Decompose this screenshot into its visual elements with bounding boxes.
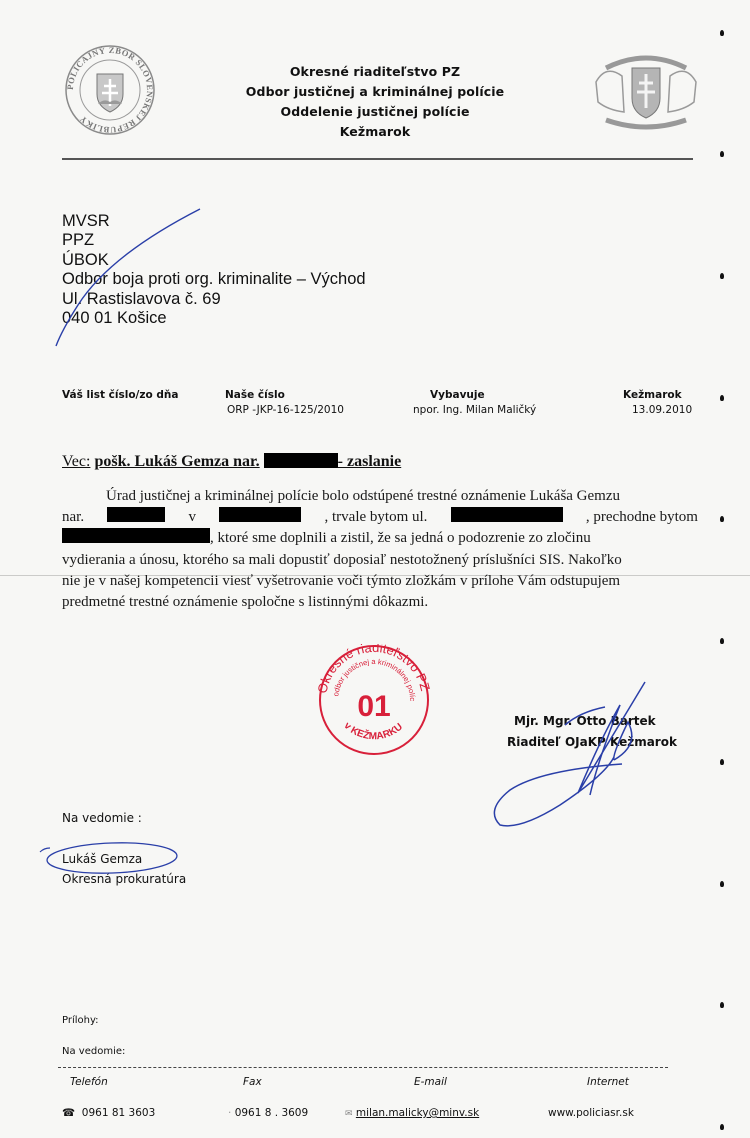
body-text: v bbox=[189, 507, 197, 528]
body-text: nar. bbox=[62, 507, 84, 528]
handled-by-label: Vybavuje bbox=[430, 389, 485, 401]
margin-mark bbox=[720, 30, 724, 36]
margin-mark bbox=[720, 516, 724, 522]
margin-mark bbox=[720, 881, 724, 887]
header-line-city: Kežmarok bbox=[0, 124, 750, 139]
place-label: Kežmarok bbox=[623, 389, 682, 401]
svg-text:v KEŽMARKU: v KEŽMARKU bbox=[342, 720, 405, 742]
signature-scribble-icon bbox=[494, 682, 645, 826]
redaction-box bbox=[107, 507, 165, 522]
subject-suffix: - zaslanie bbox=[338, 453, 402, 470]
copies-heading: Na vedomie : bbox=[62, 811, 142, 825]
subject-text: pošk. Lukáš Gemza nar. bbox=[94, 453, 259, 470]
redaction-box bbox=[219, 507, 301, 522]
subject-label: Vec: bbox=[62, 453, 90, 470]
fax-value: 0961 8 . 3609 bbox=[235, 1107, 308, 1119]
recipient-line: Odbor boja proti org. kriminalite – Vých… bbox=[62, 270, 366, 289]
our-number-value: ORP -JKP-16-125/2010 bbox=[227, 404, 344, 416]
subject-line: Vec: pošk. Lukáš Gemza nar. - zaslanie bbox=[62, 453, 401, 471]
copies-label-footer: Na vedomie: bbox=[62, 1046, 125, 1057]
our-number-label: Naše číslo bbox=[225, 389, 285, 401]
telephone-icon: ☎ bbox=[62, 1107, 75, 1119]
header-line-directorate: Okresné riaditeľstvo PZ bbox=[0, 64, 750, 79]
body-text: , ktoré sme doplnili a zistil, že sa jed… bbox=[210, 528, 591, 549]
recipient-line: MVSR bbox=[62, 212, 366, 231]
svg-text:01: 01 bbox=[357, 690, 390, 723]
signatory-name: Mjr. Mgr. Otto Bartek bbox=[514, 714, 656, 728]
redaction-box bbox=[264, 453, 338, 468]
margin-mark bbox=[720, 759, 724, 765]
margin-mark bbox=[720, 1002, 724, 1008]
internet-field: www.policiasr.sk bbox=[548, 1107, 634, 1119]
margin-mark bbox=[720, 395, 724, 401]
attachments-label: Prílohy: bbox=[62, 1015, 99, 1026]
fax-field: · 0961 8 . 3609 bbox=[228, 1107, 308, 1119]
email-label: E-mail bbox=[414, 1076, 447, 1088]
handled-by-value: npor. Ing. Milan Maličký bbox=[413, 404, 536, 416]
redaction-box bbox=[62, 528, 210, 543]
body-text: , prechodne bytom bbox=[586, 507, 698, 528]
email-link[interactable]: milan.malicky@minv.sk bbox=[356, 1107, 479, 1119]
date-value: 13.09.2010 bbox=[632, 404, 692, 416]
phone-label: Telefón bbox=[70, 1076, 108, 1088]
redaction-box bbox=[451, 507, 563, 522]
phone-field: ☎ 0961 81 3603 bbox=[62, 1107, 155, 1119]
copy-recipient: Lukáš Gemza bbox=[62, 852, 142, 866]
email-field: ✉ milan.malicky@minv.sk bbox=[345, 1107, 479, 1119]
signatory-title: Riaditeľ OJaKP Kežmarok bbox=[507, 735, 677, 749]
margin-mark bbox=[720, 273, 724, 279]
recipient-line: ÚBOK bbox=[62, 251, 366, 270]
header-divider bbox=[62, 158, 693, 160]
footer-divider bbox=[58, 1067, 668, 1068]
body-line: vydierania a únosu, ktorého sa mali dopu… bbox=[62, 550, 622, 571]
fax-label: Fax bbox=[243, 1076, 262, 1088]
copy-recipient: Okresná prokuratúra bbox=[62, 872, 186, 886]
official-stamp-icon: Okresné riaditeľstvo PZ odbor justičnej … bbox=[312, 644, 436, 756]
svg-text:Okresné riaditeľstvo PZ: Okresné riaditeľstvo PZ bbox=[314, 644, 433, 695]
email-icon: ✉ bbox=[345, 1109, 353, 1119]
recipient-line: PPZ bbox=[62, 231, 366, 250]
body-line: Úrad justičnej a kriminálnej polície bol… bbox=[106, 486, 620, 507]
recipient-line: Ul. Rastislavova č. 69 bbox=[62, 290, 366, 309]
internet-label: Internet bbox=[587, 1076, 629, 1088]
body-line: predmetné trestné oznámenie spoločne s l… bbox=[62, 592, 428, 613]
header-line-department: Odbor justičnej a kriminálnej polície bbox=[0, 84, 750, 99]
website-link[interactable]: www.policiasr.sk bbox=[548, 1107, 634, 1119]
body-line: nie je v našej kompetencii viesť vyšetro… bbox=[62, 571, 620, 592]
header-line-section: Oddelenie justičnej polície bbox=[0, 104, 750, 119]
phone-value: 0961 81 3603 bbox=[82, 1107, 155, 1119]
margin-mark bbox=[720, 151, 724, 157]
recipient-line: 040 01 Košice bbox=[62, 309, 366, 328]
margin-mark bbox=[720, 1124, 724, 1130]
fax-icon: · bbox=[228, 1107, 231, 1119]
your-letter-label: Váš list číslo/zo dňa bbox=[62, 389, 178, 401]
body-text: , trvale bytom ul. bbox=[325, 507, 428, 528]
recipient-address: MVSR PPZ ÚBOK Odbor boja proti org. krim… bbox=[62, 212, 366, 328]
margin-mark bbox=[720, 638, 724, 644]
letter-body: Úrad justičnej a kriminálnej polície bol… bbox=[62, 486, 698, 613]
